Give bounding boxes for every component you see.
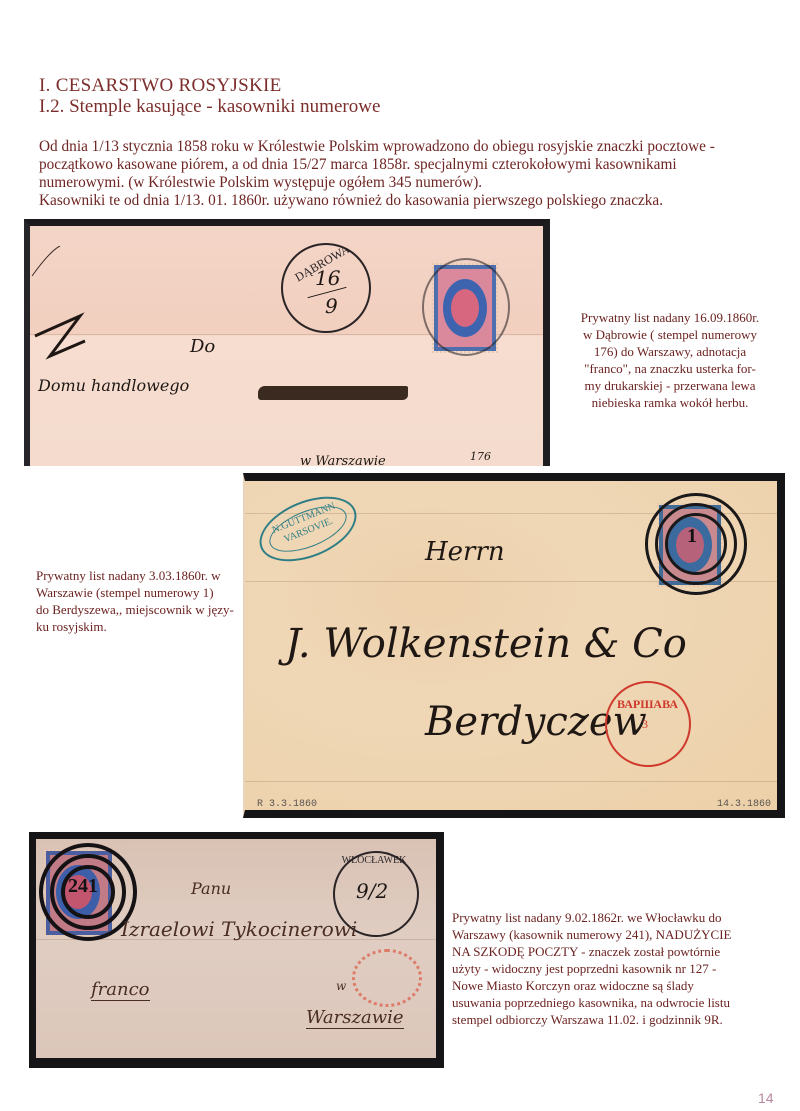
franco-annotation: franco bbox=[91, 979, 150, 1001]
caption-line: usuwania poprzedniego kasownika, na odwr… bbox=[452, 994, 792, 1011]
section-title: I. CESARSTWO ROSYJSKIE bbox=[39, 75, 282, 97]
caption-dabrowa: Prywatny list nadany 16.09.1860r. w Dąbr… bbox=[556, 309, 784, 411]
envelope-image-wloclawek: 241 WŁOCŁAWEK 9/2 Panu Izraelowi Tykocin… bbox=[29, 832, 444, 1068]
envelope-image-dabrowa: DĄBROWA 16 9 Do Domu handlowego w Warsza… bbox=[24, 219, 550, 466]
caption-line: Warszawy (kasownik numerowy 241), NADUŻY… bbox=[452, 926, 792, 943]
address-line-2: Izraelowi Tykocinerowi bbox=[121, 917, 357, 941]
address-line-1: Do bbox=[190, 336, 215, 357]
caption-line: niebieska ramka wokół herbu. bbox=[556, 394, 784, 411]
numeral-cancel-176 bbox=[422, 258, 510, 356]
address-line-2: J. Wolkenstein & Co bbox=[285, 621, 687, 667]
caption-warszawa: Prywatny list nadany 3.03.1860r. w Warsz… bbox=[36, 567, 234, 635]
caption-line: do Berdyszewa,, miejscownik w języ- bbox=[36, 601, 234, 618]
postmark-town: WŁOCŁAWEK bbox=[336, 855, 412, 866]
address-line-1: Herrn bbox=[425, 537, 505, 567]
cancel-number: 1 bbox=[687, 525, 697, 548]
address-line-3: w bbox=[336, 979, 346, 993]
cancel-number-note: 176 bbox=[470, 450, 491, 463]
caption-line: my drukarskiej - przerwana lewa bbox=[556, 377, 784, 394]
caption-line: Prywatny list nadany 3.03.1860r. w bbox=[36, 567, 234, 584]
intro-line: numerowymi. (w Królestwie Polskim występ… bbox=[39, 174, 779, 192]
caption-line: 176) do Warszawy, adnotacja bbox=[556, 343, 784, 360]
postmark-date: 9/2 bbox=[356, 879, 388, 903]
sender-oval-stamp: N.GUTTMANN VARSOVIE. bbox=[250, 484, 366, 574]
caption-line: użyty - widoczny jest poprzedni kasownik… bbox=[452, 960, 792, 977]
caption-line: stempel odbiorczy Warszawa 11.02. i godz… bbox=[452, 1011, 792, 1028]
intro-line: początkowo kasowane piórem, a od dnia 15… bbox=[39, 156, 779, 174]
red-postmark bbox=[605, 681, 691, 767]
caption-line: NA SZKODĘ POCZTY - znaczek został powtór… bbox=[452, 943, 792, 960]
pencil-note-left: R 3.3.1860 bbox=[257, 799, 317, 810]
envelope-image-warszawa: N.GUTTMANN VARSOVIE. 1 Herrn J. Wolkenst… bbox=[243, 473, 785, 818]
address-line-4: Warszawie bbox=[306, 1007, 404, 1029]
caption-line: "franco", na znaczku usterka for- bbox=[556, 360, 784, 377]
caption-line: Nowe Miasto Korczyn oraz widoczne są śla… bbox=[452, 977, 792, 994]
caption-line: ku rosyjskim. bbox=[36, 618, 234, 635]
page-number: 14 bbox=[758, 1090, 774, 1106]
caption-line: Prywatny list nadany 16.09.1860r. bbox=[556, 309, 784, 326]
caption-line: Warszawie (stempel numerowy 1) bbox=[36, 584, 234, 601]
postmark-date-top: 16 bbox=[315, 266, 340, 290]
cancel-number: 241 bbox=[68, 875, 98, 898]
pen-stroke-mark bbox=[30, 246, 90, 366]
postmark-date-bottom: 9 bbox=[325, 294, 338, 318]
intro-paragraph: Od dnia 1/13 stycznia 1858 roku w Króles… bbox=[39, 138, 779, 210]
intro-line: Od dnia 1/13 stycznia 1858 roku w Króles… bbox=[39, 138, 779, 156]
caption-wloclawek: Prywatny list nadany 9.02.1862r. we Włoc… bbox=[452, 909, 792, 1028]
caption-line: Prywatny list nadany 9.02.1862r. we Włoc… bbox=[452, 909, 792, 926]
red-postmark-town: ВАРШАВА bbox=[617, 697, 677, 712]
pencil-note-right: 14.3.1860 bbox=[717, 799, 771, 810]
faint-red-postmark bbox=[352, 949, 422, 1007]
section-subtitle: I.2. Stemple kasujące - kasowniki numero… bbox=[39, 96, 380, 118]
address-line-1: Panu bbox=[191, 879, 231, 898]
intro-line: Kasowniki te od dnia 1/13. 01. 1860r. uż… bbox=[39, 192, 779, 210]
caption-line: w Dąbrowie ( stempel numerowy bbox=[556, 326, 784, 343]
address-line-3: w Warszawie bbox=[300, 454, 386, 466]
red-postmark-day: 3 bbox=[642, 717, 648, 732]
ink-blot bbox=[258, 386, 408, 400]
address-line-2: Domu handlowego bbox=[38, 376, 189, 395]
